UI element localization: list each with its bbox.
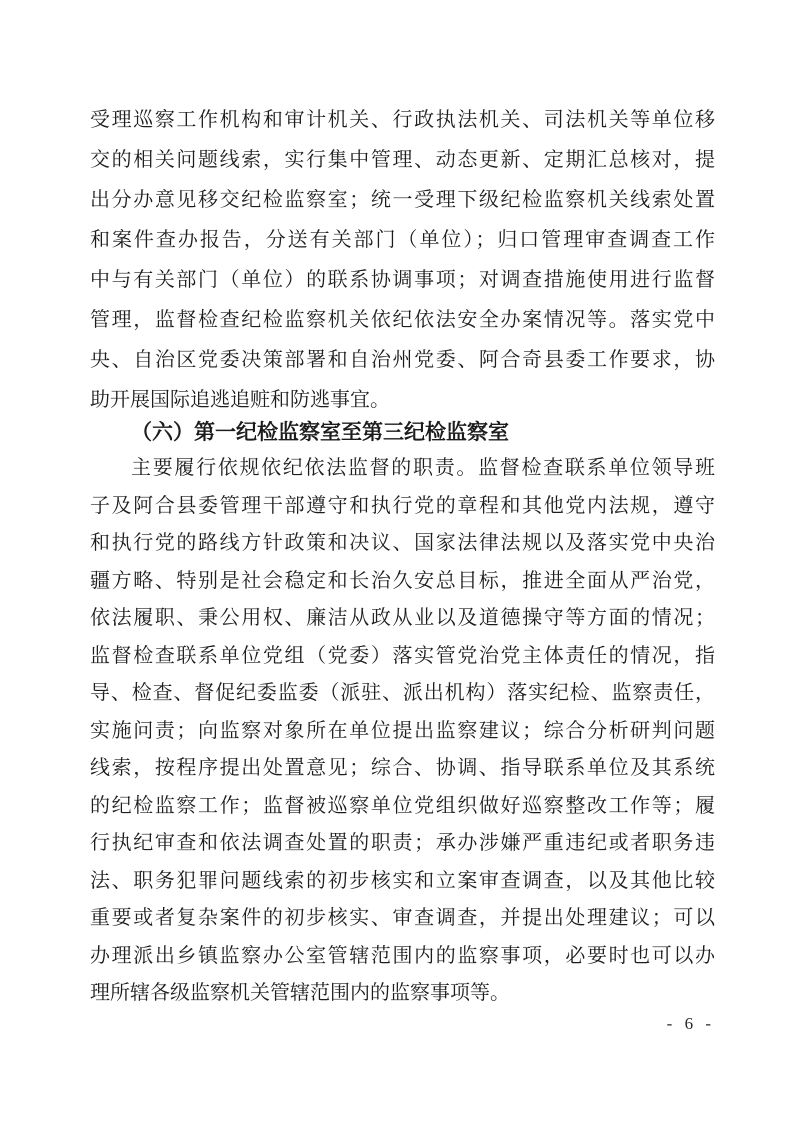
text-line: 中与有关部门（单位）的联系协调事项；对调查措施使用进行监督 (90, 260, 715, 300)
text-line: 理所辖各级监察机关管辖范围内的监察事项等。 (90, 975, 715, 1013)
paragraph-duties: 主要履行依规依纪依法监督的职责。监督检查联系单位领导班子及阿合县委管理干部遵守和… (90, 450, 715, 1013)
text-line: 疆方略、特别是社会稳定和长治久安总目标，推进全面从严治党， (90, 563, 715, 601)
text-line: 办理派出乡镇监察办公室管辖范围内的监察事项，必要时也可以办 (90, 938, 715, 976)
text-line: 监督检查联系单位党组（党委）落实管党治党主体责任的情况，指 (90, 638, 715, 676)
section-heading-block: （六）第一纪检监察室至第三纪检监察室 (90, 412, 715, 452)
document-page: 受理巡察工作机构和审计机关、行政执法机关、司法机关等单位移交的相关问题线索，实行… (0, 0, 793, 1122)
text-line: 和案件查办报告，分送有关部门（单位）；归口管理审查调查工作 (90, 220, 715, 260)
paragraph-continuation: 受理巡察工作机构和审计机关、行政执法机关、司法机关等单位移交的相关问题线索，实行… (90, 100, 715, 420)
text-line: 导、检查、督促纪委监委（派驻、派出机构）落实纪检、监察责任， (90, 675, 715, 713)
text-line: 主要履行依规依纪依法监督的职责。监督检查联系单位领导班 (90, 450, 715, 488)
text-line: 交的相关问题线索，实行集中管理、动态更新、定期汇总核对，提 (90, 140, 715, 180)
text-line: 的纪检监察工作；监督被巡察单位党组织做好巡察整改工作等；履 (90, 788, 715, 826)
page-number: - 6 - (90, 1014, 715, 1034)
text-line: 法、职务犯罪问题线索的初步核实和立案审查调查，以及其他比较 (90, 863, 715, 901)
section-heading: （六）第一纪检监察室至第三纪检监察室 (90, 412, 715, 452)
text-line: 线索，按程序提出处置意见；综合、协调、指导联系单位及其系统 (90, 750, 715, 788)
text-line: 重要或者复杂案件的初步核实、审查调查，并提出处理建议；可以 (90, 900, 715, 938)
text-line: 实施问责；向监察对象所在单位提出监察建议；综合分析研判问题 (90, 713, 715, 751)
text-line: 出分办意见移交纪检监察室；统一受理下级纪检监察机关线索处置 (90, 180, 715, 220)
text-line: 子及阿合县委管理干部遵守和执行党的章程和其他党内法规，遵守 (90, 488, 715, 526)
text-line: 行执纪审查和依法调查处置的职责；承办涉嫌严重违纪或者职务违 (90, 825, 715, 863)
text-line: 受理巡察工作机构和审计机关、行政执法机关、司法机关等单位移 (90, 100, 715, 140)
text-line: 和执行党的路线方针政策和决议、国家法律法规以及落实党中央治 (90, 525, 715, 563)
text-line: 依法履职、秉公用权、廉洁从政从业以及道德操守等方面的情况； (90, 600, 715, 638)
text-line: 央、自治区党委决策部署和自治州党委、阿合奇县委工作要求，协 (90, 340, 715, 380)
text-line: 管理，监督检查纪检监察机关依纪依法安全办案情况等。落实党中 (90, 300, 715, 340)
